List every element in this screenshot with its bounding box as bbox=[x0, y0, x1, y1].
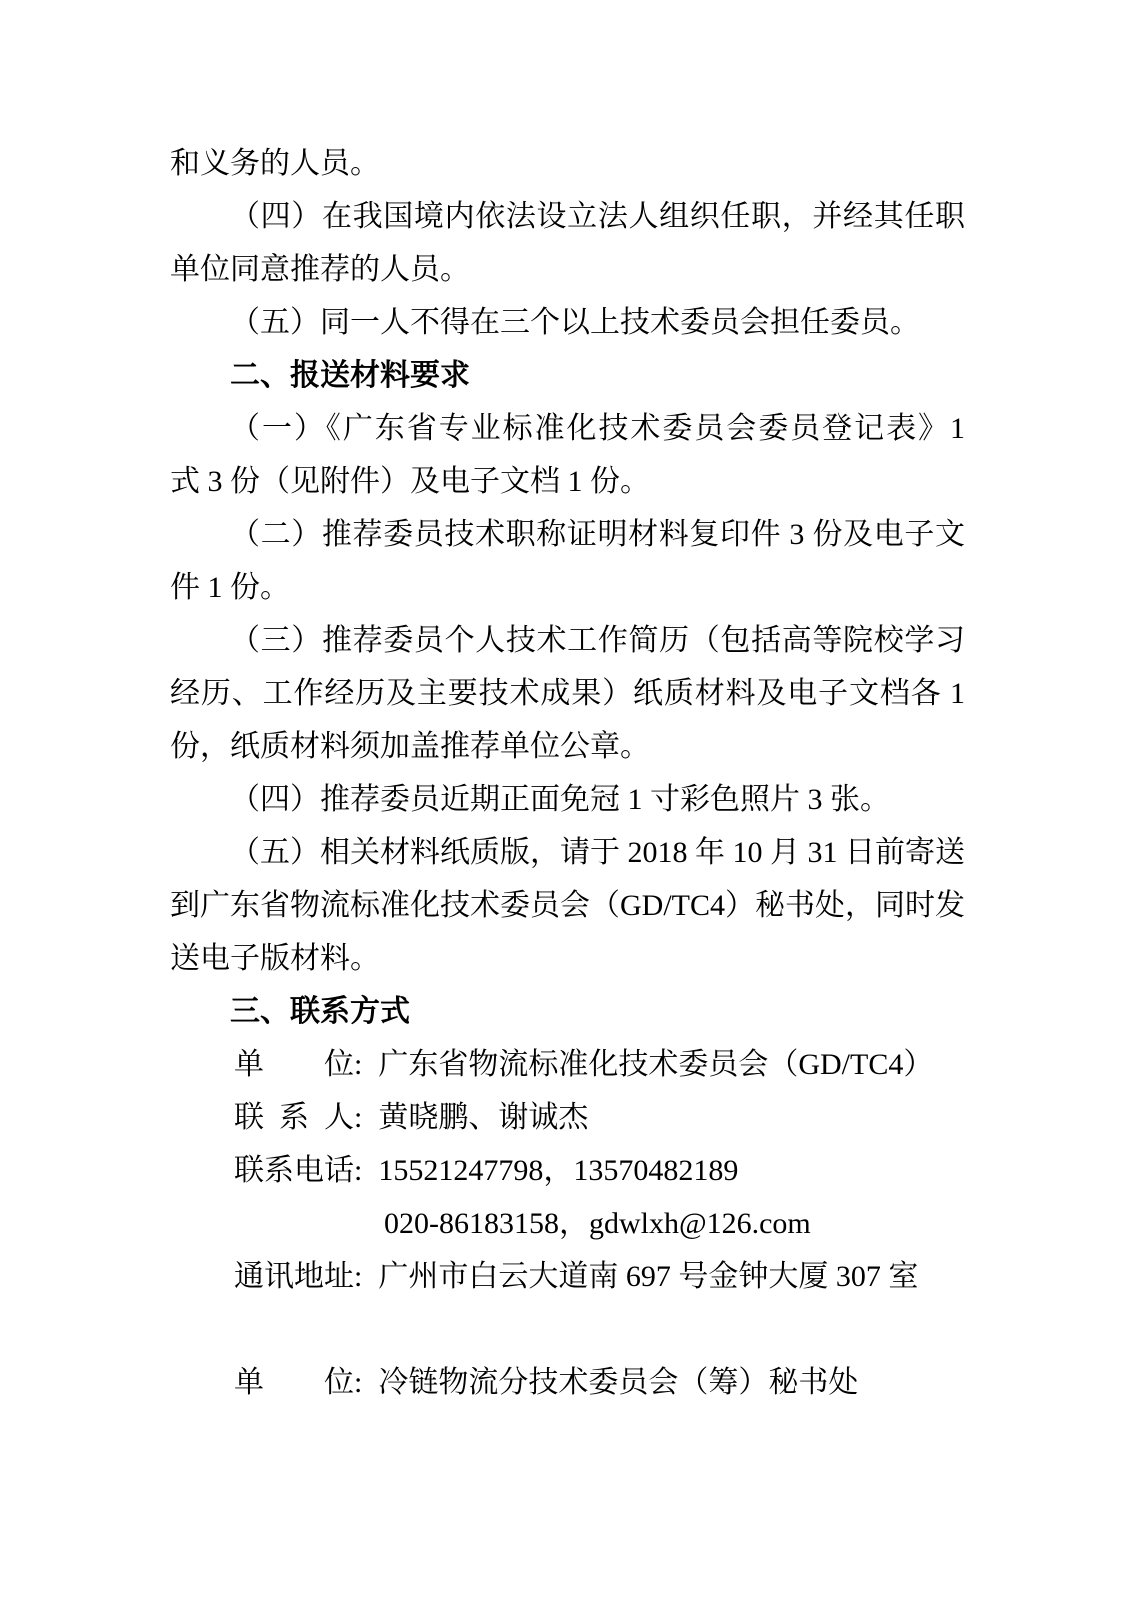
contact-row-unit-2: 单位:冷链物流分技术委员会（筹）秘书处 bbox=[170, 1356, 965, 1409]
contact-row-phone: 联系电话:15521247798，13570482189 bbox=[170, 1144, 965, 1197]
contact-row-address: 通讯地址:广州市白云大道南 697 号金钟大厦 307 室 bbox=[170, 1250, 965, 1303]
paragraph-line-item4-1: （四）在我国境内依法设立法人组织任职，并经其任职 bbox=[170, 190, 965, 243]
paragraph-line-item5: （五）同一人不得在三个以上技术委员会担任委员。 bbox=[170, 296, 965, 349]
contact-label-person: 联系人 bbox=[234, 1091, 354, 1144]
paragraph-line-intro-tail: 和义务的人员。 bbox=[170, 137, 965, 190]
contact-value-phone-2: 020-86183158，gdwlxh@126.com bbox=[384, 1207, 811, 1240]
section-3-heading: 三、联系方式 bbox=[170, 985, 965, 1038]
contact-colon: : bbox=[354, 1144, 362, 1197]
contact-value-unit-2: 冷链物流分技术委员会（筹）秘书处 bbox=[378, 1366, 858, 1399]
contact-row-person: 联系人:黄晓鹏、谢诚杰 bbox=[170, 1091, 965, 1144]
contact-colon: : bbox=[354, 1356, 362, 1409]
contact-label-address: 通讯地址 bbox=[234, 1250, 354, 1303]
s2-item5-line2: 到广东省物流标准化技术委员会（GD/TC4）秘书处，同时发 bbox=[170, 879, 965, 932]
s2-item2-line1: （二）推荐委员技术职称证明材料复印件 3 份及电子文 bbox=[170, 508, 965, 561]
section-2-heading: 二、报送材料要求 bbox=[170, 349, 965, 402]
contact-value-unit-1: 广东省物流标准化技术委员会（GD/TC4） bbox=[378, 1048, 933, 1081]
document-page: 和义务的人员。 （四）在我国境内依法设立法人组织任职，并经其任职 单位同意推荐的… bbox=[0, 0, 1131, 1600]
s2-item1-line1: （一）《广东省专业标准化技术委员会委员登记表》1 bbox=[170, 402, 965, 455]
s2-item3-line2: 经历、工作经历及主要技术成果）纸质材料及电子文档各 1 bbox=[170, 667, 965, 720]
contact-value-phone: 15521247798，13570482189 bbox=[378, 1154, 738, 1187]
contact-label-unit-2: 单位 bbox=[234, 1356, 354, 1409]
s2-item2-line2: 件 1 份。 bbox=[170, 561, 965, 614]
contact-value-person: 黄晓鹏、谢诚杰 bbox=[378, 1101, 588, 1134]
contact-colon: : bbox=[354, 1091, 362, 1144]
s2-item3-line1: （三）推荐委员个人技术工作简历（包括高等院校学习 bbox=[170, 614, 965, 667]
s2-item5-line1: （五）相关材料纸质版，请于 2018 年 10 月 31 日前寄送 bbox=[170, 826, 965, 879]
contact-value-address: 广州市白云大道南 697 号金钟大厦 307 室 bbox=[378, 1260, 918, 1293]
contact-colon: : bbox=[354, 1250, 362, 1303]
contact-label-unit-1: 单位 bbox=[234, 1038, 354, 1091]
blank-line bbox=[170, 1303, 965, 1356]
paragraph-line-item4-2: 单位同意推荐的人员。 bbox=[170, 243, 965, 296]
contact-row-unit-1: 单位:广东省物流标准化技术委员会（GD/TC4） bbox=[170, 1038, 965, 1091]
s2-item3-line3: 份，纸质材料须加盖推荐单位公章。 bbox=[170, 720, 965, 773]
s2-item5-line3: 送电子版材料。 bbox=[170, 932, 965, 985]
contact-label-phone: 联系电话 bbox=[234, 1144, 354, 1197]
contact-colon: : bbox=[354, 1038, 362, 1091]
s2-item4-line: （四）推荐委员近期正面免冠 1 寸彩色照片 3 张。 bbox=[170, 773, 965, 826]
s2-item1-line2: 式 3 份（见附件）及电子文档 1 份。 bbox=[170, 455, 965, 508]
contact-row-phone-continued: 020-86183158，gdwlxh@126.com bbox=[170, 1197, 965, 1250]
